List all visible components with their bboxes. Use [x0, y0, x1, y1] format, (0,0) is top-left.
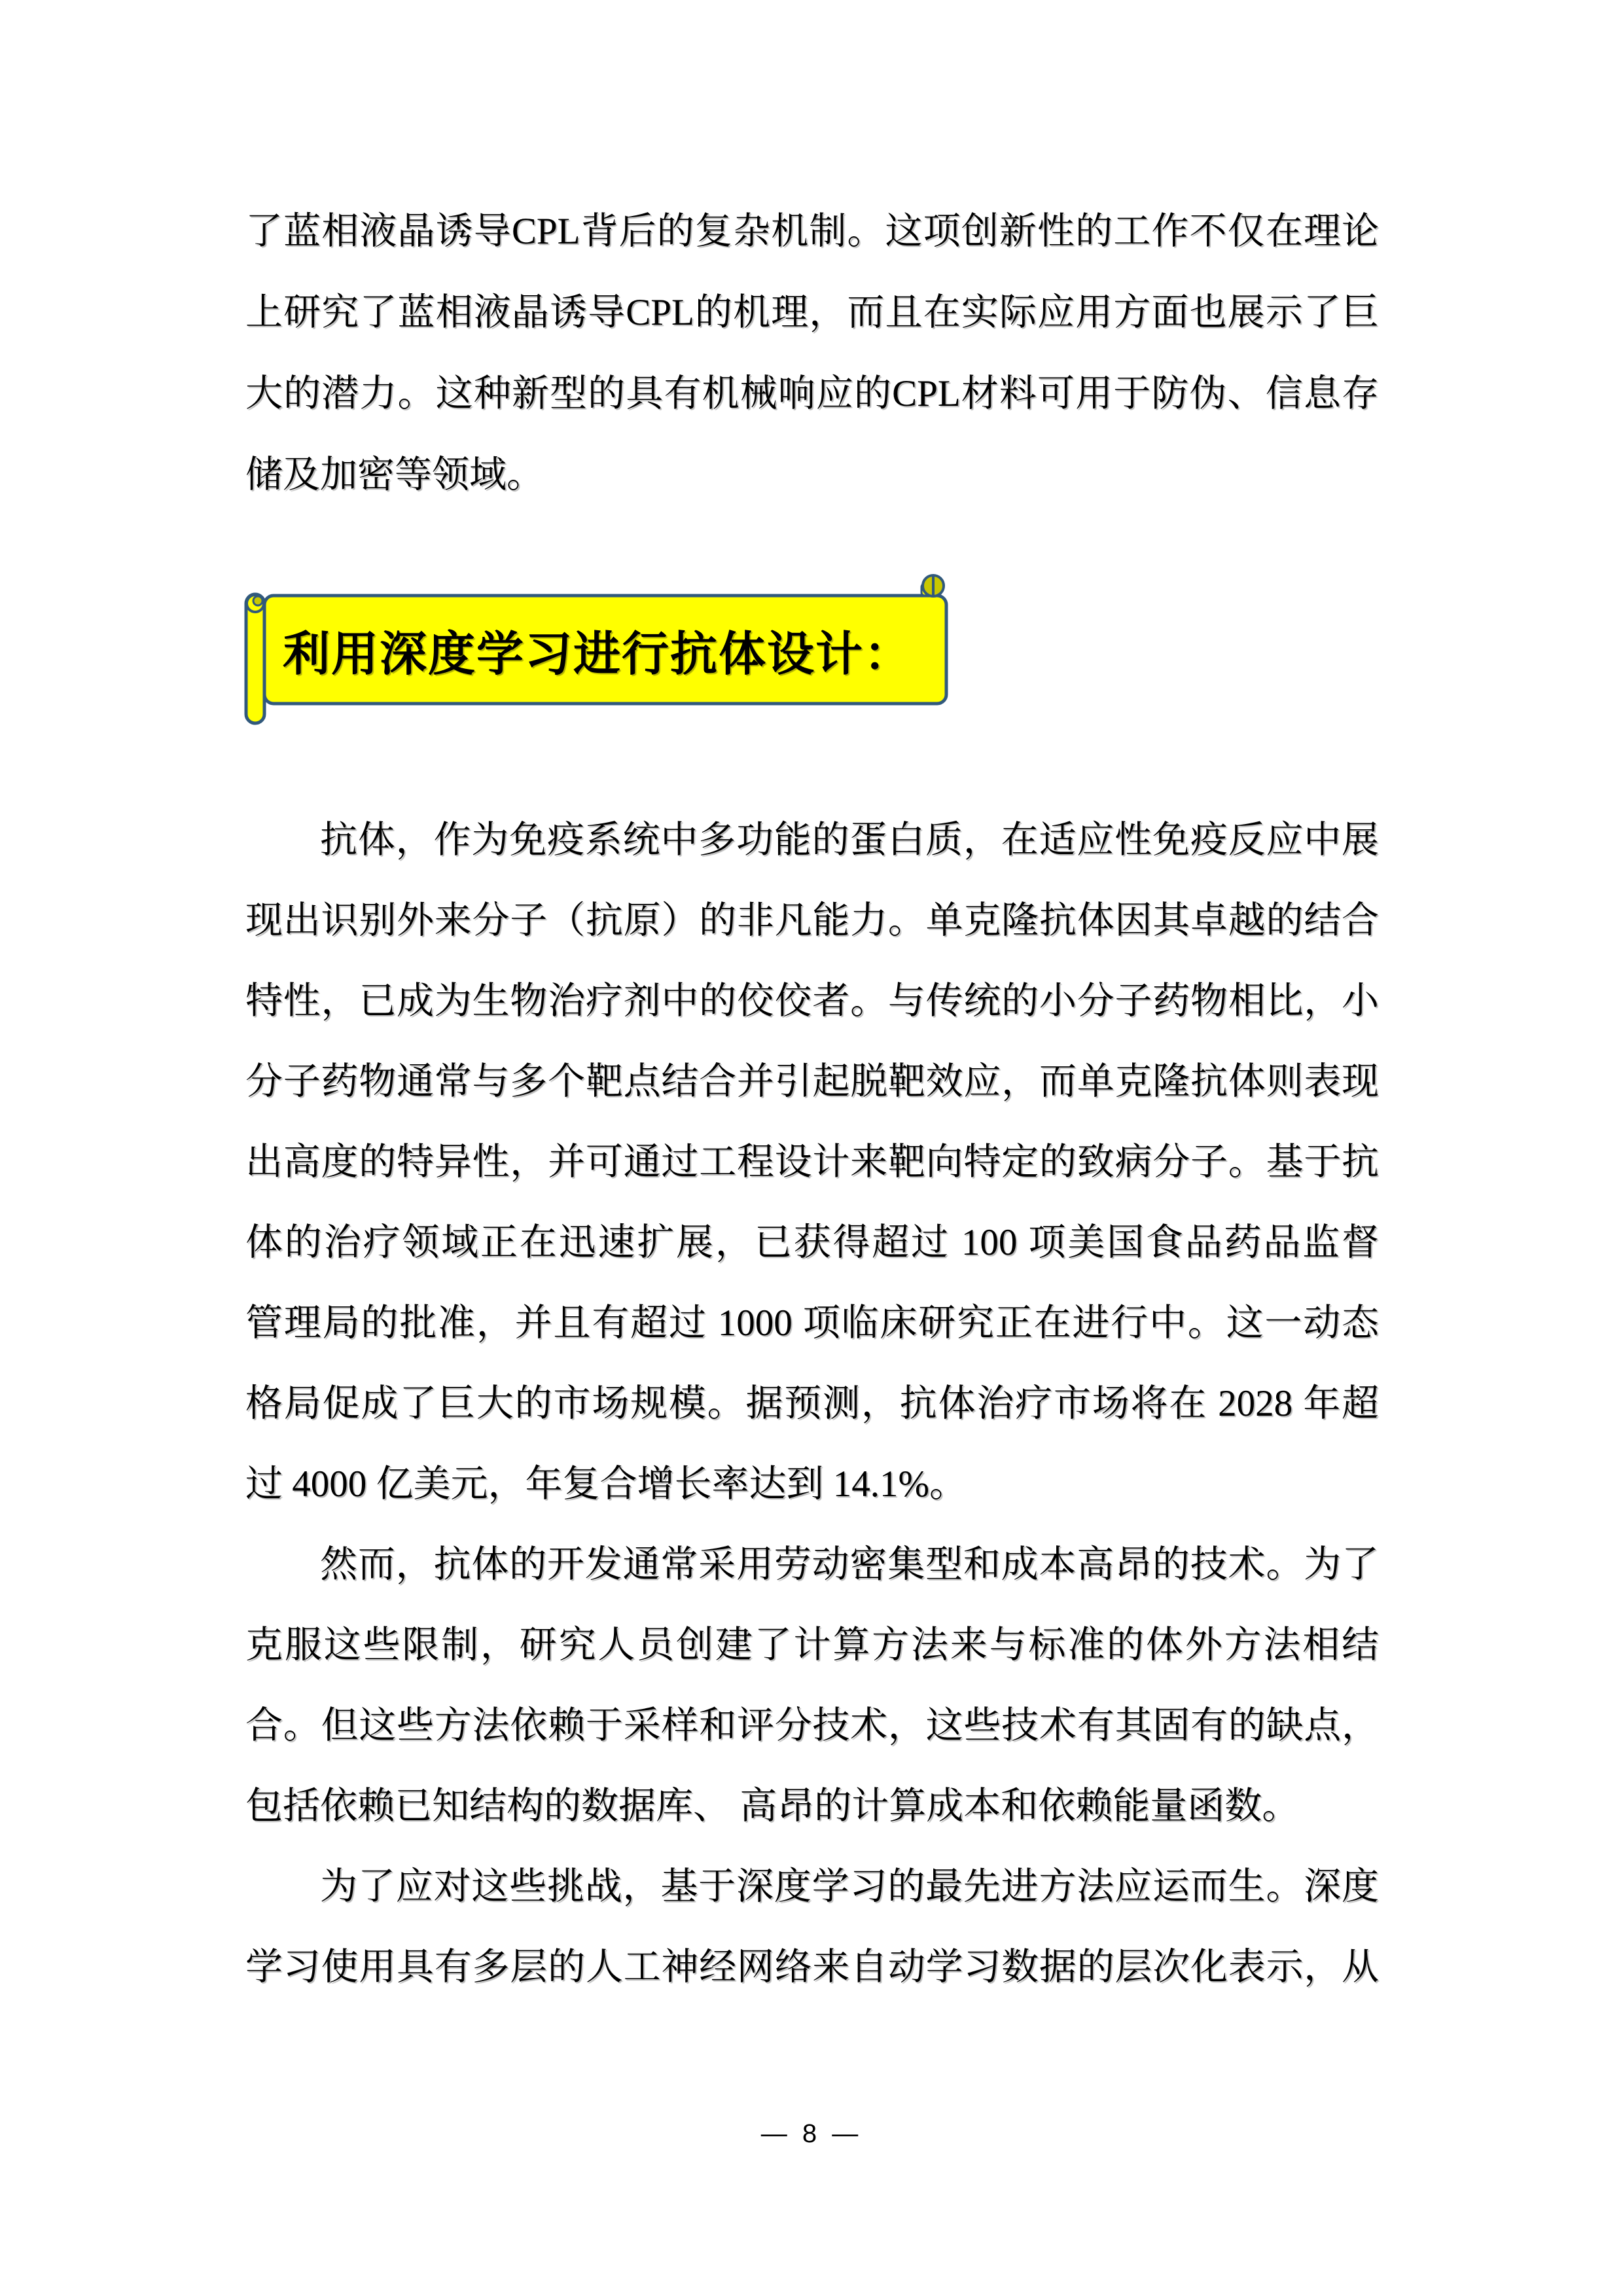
- text-line: 出高度的特异性，并可通过工程设计来靶向特定的致病分子。基于抗: [245, 1122, 1379, 1202]
- text-line: 克服这些限制，研究人员创建了计算方法来与标准的体外方法相结: [245, 1605, 1379, 1685]
- text-line: 现出识别外来分子（抗原）的非凡能力。单克隆抗体因其卓越的结合: [245, 880, 1379, 961]
- text-line: 管理局的批准，并且有超过 1000 项临床研究正在进行中。这一动态: [245, 1283, 1379, 1363]
- text-line: 特性，已成为生物治疗剂中的佼佼者。与传统的小分子药物相比，小: [245, 961, 1379, 1041]
- text-line: 格局促成了巨大的市场规模。据预测，抗体治疗市场将在 2028 年超: [245, 1363, 1379, 1444]
- intro-paragraph: 了蓝相液晶诱导CPL背后的复杂机制。这项创新性的工作不仅在理论 上研究了蓝相液晶…: [245, 191, 1379, 516]
- text-line: 学习使用具有多层的人工神经网络来自动学习数据的层次化表示，从: [245, 1927, 1379, 2007]
- text-line: 了蓝相液晶诱导CPL背后的复杂机制。这项创新性的工作不仅在理论: [245, 191, 1379, 272]
- document-page: 了蓝相液晶诱导CPL背后的复杂机制。这项创新性的工作不仅在理论 上研究了蓝相液晶…: [0, 0, 1623, 2296]
- text-line: 储及加密等领域。: [245, 435, 1379, 516]
- text-line: 大的潜力。这种新型的具有机械响应的CPL材料可用于防伪、信息存: [245, 353, 1379, 435]
- text-line: 然而，抗体的开发通常采用劳动密集型和成本高昂的技术。为了: [245, 1524, 1379, 1605]
- text-line: 上研究了蓝相液晶诱导CPL的机理，而且在实际应用方面也展示了巨: [245, 272, 1379, 353]
- text-line: 合。但这些方法依赖于采样和评分技术，这些技术有其固有的缺点，: [245, 1685, 1379, 1766]
- text-line: 为了应对这些挑战，基于深度学习的最先进方法应运而生。深度: [245, 1846, 1379, 1927]
- scroll-left-strip: [246, 594, 264, 723]
- text-line: 包括依赖已知结构的数据库、 高昂的计算成本和依赖能量函数。: [245, 1766, 1379, 1846]
- section-banner: 利用深度学习进行抗体设计：: [234, 565, 954, 736]
- text-line: 分子药物通常与多个靶点结合并引起脱靶效应，而单克隆抗体则表现: [245, 1041, 1379, 1122]
- text-line: 体的治疗领域正在迅速扩展，已获得超过 100 项美国食品药品监督: [245, 1202, 1379, 1283]
- page-number: — 8 —: [0, 2119, 1623, 2149]
- text-line: 抗体，作为免疫系统中多功能的蛋白质，在适应性免疫反应中展: [245, 800, 1379, 880]
- body-paragraphs: 抗体，作为免疫系统中多功能的蛋白质，在适应性免疫反应中展 现出识别外来分子（抗原…: [245, 800, 1379, 2007]
- text-line: 过 4000 亿美元，年复合增长率达到 14.1%。: [245, 1444, 1379, 1524]
- scroll-curl-inner: [253, 596, 262, 605]
- section-title: 利用深度学习进行抗体设计：: [264, 596, 946, 704]
